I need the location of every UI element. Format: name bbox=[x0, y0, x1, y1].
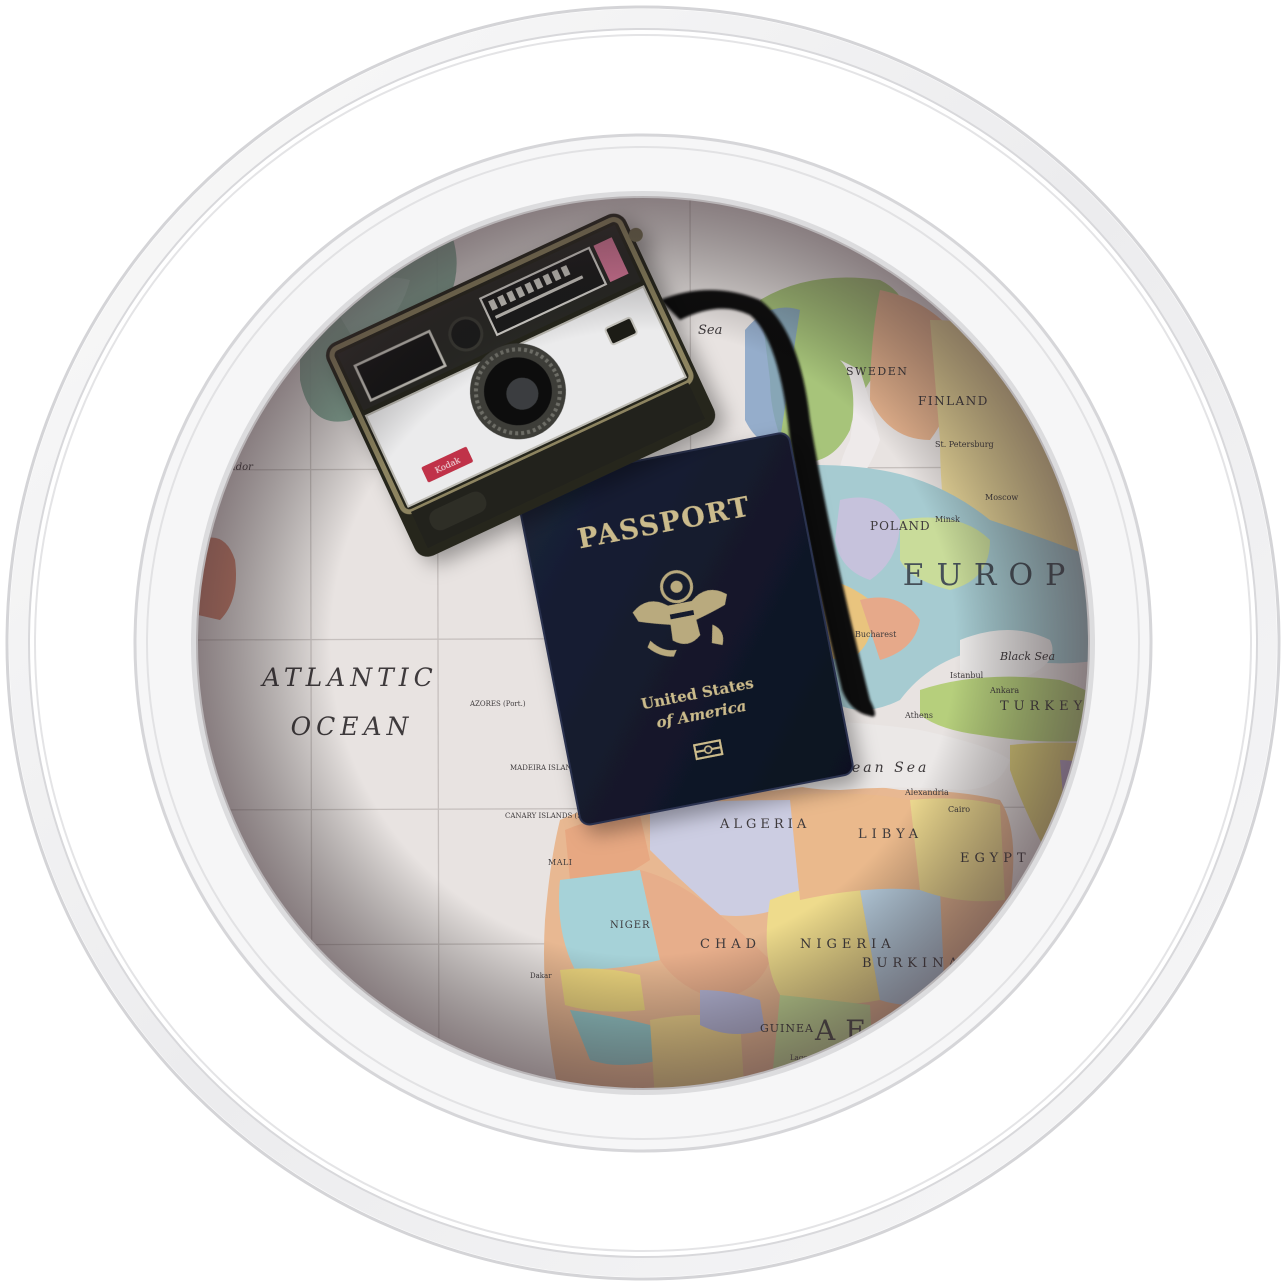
framed-photo: ATLANTIC OCEAN EUROP SWEDEN FINLAND POLA… bbox=[0, 0, 1286, 1286]
